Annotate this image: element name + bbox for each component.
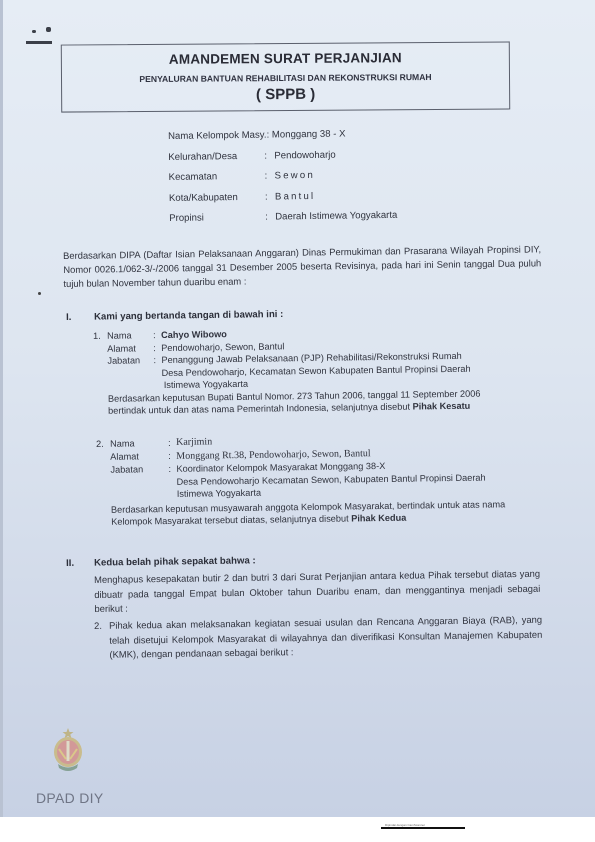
section-2-paragraph: Menghapus kesepakatan butir 2 dan butri … — [94, 567, 541, 617]
ink-speck — [46, 27, 51, 32]
diy-coat-of-arms-icon — [50, 727, 86, 773]
info-label: Nama Kelompok Masy. — [168, 130, 267, 142]
party-1-position: Penanggung Jawab Pelaksanaan (PJP) Rehab… — [161, 349, 513, 391]
info-label: Kecamatan — [169, 171, 265, 183]
info-value: Daerah Istimewa Yogyakarta — [275, 210, 397, 223]
info-value: Pendowoharjo — [274, 149, 335, 161]
info-value: Bantul — [275, 190, 316, 202]
info-label: Propinsi — [169, 212, 265, 224]
party-1: 1. Nama : Cahyo Wibowo Alamat : Pendowoh… — [93, 324, 514, 417]
info-row: Propinsi : Daerah Istimewa Yogyakarta — [169, 210, 397, 234]
party-2: 2. Nama : Karjimin Alamat : Monggang Rt.… — [96, 432, 537, 529]
info-value: Sewon — [275, 170, 315, 182]
ink-speck — [38, 292, 41, 295]
watermark-label: DPAD DIY — [36, 790, 104, 806]
section-2-heading: II.Kedua belah pihak sepakat bahwa : — [66, 555, 256, 569]
scanned-page: AMANDEMEN SURAT PERJANJIAN PENYALURAN BA… — [0, 0, 595, 817]
section-1-heading: I.Kami yang bertanda tangan di bawah ini… — [66, 309, 283, 323]
party-2-position: Koordinator Kelompok Masyarakat Monggang… — [176, 458, 536, 501]
document-subtitle: PENYALURAN BANTUAN REHABILITASI DAN REKO… — [62, 71, 509, 84]
party-2-basis: Berdasarkan keputusan musyawarah anggota… — [97, 497, 537, 528]
party-1-basis: Berdasarkan keputusan Bupati Bantul Nomo… — [94, 387, 514, 418]
info-label: Kota/Kabupaten — [169, 191, 265, 203]
ink-mark — [26, 41, 52, 44]
title-box: AMANDEMEN SURAT PERJANJIAN PENYALURAN BA… — [61, 41, 510, 112]
document-abbreviation: ( SPPB ) — [62, 84, 509, 104]
ink-speck — [32, 30, 36, 33]
info-value: Monggang 38 - X — [272, 129, 346, 141]
footer-rule — [381, 827, 465, 829]
group-info: Nama Kelompok Masy.: Monggang 38 - X Kel… — [168, 128, 398, 234]
document-title: AMANDEMEN SURAT PERJANJIAN — [62, 49, 509, 67]
info-label: Kelurahan/Desa — [168, 150, 264, 162]
section-2-item: 2. Pihak kedua akan melaksanakan kegiata… — [94, 613, 543, 663]
intro-paragraph: Berdasarkan DIPA (Daftar Isian Pelaksana… — [63, 242, 542, 291]
